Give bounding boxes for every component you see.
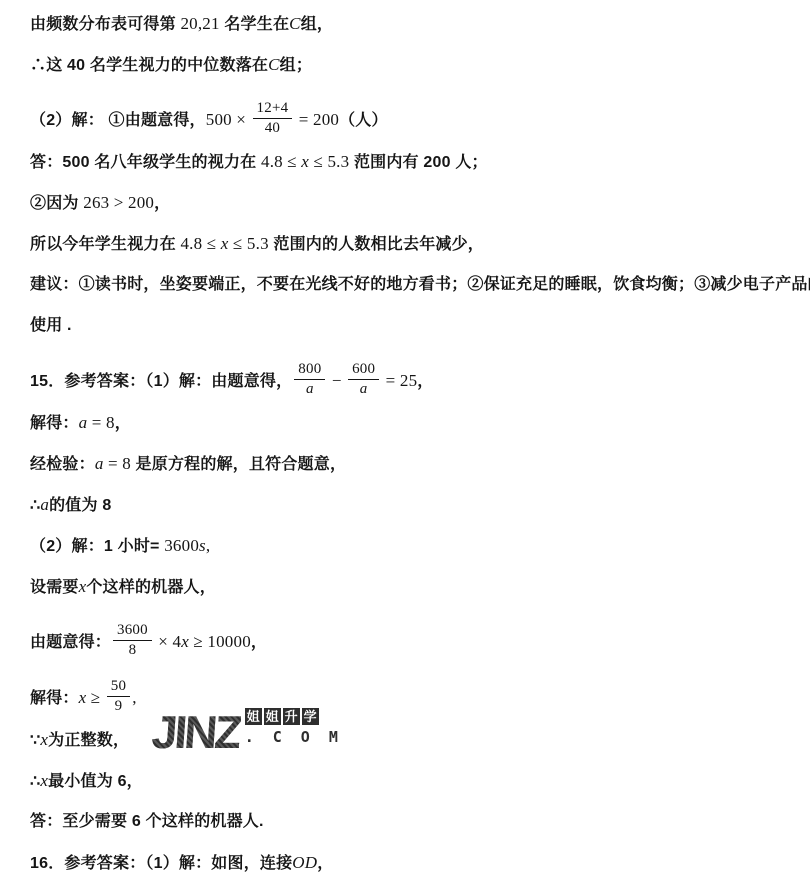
text-line-2: ∴这 40 名学生视力的中位数落在C组； bbox=[30, 55, 786, 75]
text-line-19: 答：至少需要 6 个这样的机器人. bbox=[30, 812, 786, 832]
text-line-18: ∴x最小值为 6， bbox=[30, 771, 786, 791]
document-page: 由频数分布表可得第 20,21 名学生在C组，∴这 40 名学生视力的中位数落在… bbox=[0, 0, 810, 896]
watermark-logo-text: JINZ bbox=[151, 712, 242, 753]
text-line-7: 建议：①读书时，坐姿要端正，不要在光线不好的地方看书；②保证充足的睡眠，饮食均衡… bbox=[30, 275, 786, 295]
text-run: （2）解： ①由题意得， bbox=[30, 112, 206, 129]
fraction: 509 bbox=[107, 678, 130, 716]
text-line-3: （2）解： ①由题意得，500 × 12+440 = 200（人） bbox=[30, 96, 786, 144]
math-variable: a bbox=[95, 454, 104, 473]
math-variable: x bbox=[40, 730, 48, 749]
watermark-cjk-badge: 姐 bbox=[245, 708, 262, 725]
math-variable: C bbox=[289, 14, 301, 33]
math-variable: a bbox=[40, 495, 49, 514]
text-line-15: 由题意得：36008 × 4x ≥ 10000， bbox=[30, 618, 786, 666]
math-run: 4.8 ≤ bbox=[261, 152, 301, 171]
text-line-9: 15．参考答案：（1）解：由题意得，800a − 600a = 25， bbox=[30, 357, 786, 405]
watermark-cjk-badge: 学 bbox=[302, 708, 319, 725]
watermark-right-block: 姐姐升学 . C O M bbox=[245, 708, 343, 746]
text-line-10: 解得：a = 8， bbox=[30, 413, 786, 433]
text-run: 是原方程的解，且符合题意， bbox=[131, 456, 346, 473]
text-run: 答：至少需要 6 个这样的机器人. bbox=[30, 813, 264, 830]
math-run: ≥ bbox=[86, 688, 104, 707]
text-line-11: 经检验：a = 8 是原方程的解，且符合题意， bbox=[30, 454, 786, 474]
text-run: ∴ bbox=[30, 497, 40, 514]
text-run: ， bbox=[251, 634, 267, 651]
text-line-17: ∵x为正整数， bbox=[30, 730, 786, 750]
text-line-8: 使用 . bbox=[30, 316, 786, 336]
text-line-5: ②因为 263 > 200， bbox=[30, 193, 786, 213]
text-run: ②因为 bbox=[30, 195, 83, 212]
math-run: = 200 bbox=[294, 110, 339, 129]
math-variable: a bbox=[79, 413, 88, 432]
text-run: 范围内有 200 人； bbox=[349, 154, 487, 171]
fraction: 12+440 bbox=[253, 100, 293, 138]
text-line-1: 由频数分布表可得第 20,21 名学生在C组， bbox=[30, 14, 786, 34]
text-run: 建议：①读书时，坐姿要端正，不要在光线不好的地方看书；②保证充足的睡眠，饮食均衡… bbox=[30, 276, 810, 293]
text-run: （人） bbox=[339, 112, 388, 129]
text-run: ， bbox=[417, 373, 433, 390]
math-run: 3600 bbox=[164, 536, 199, 555]
text-run: ∴ bbox=[30, 773, 40, 790]
fraction: 36008 bbox=[113, 622, 152, 660]
math-run: − bbox=[327, 371, 346, 390]
text-run: ， bbox=[317, 855, 333, 872]
math-variable: C bbox=[268, 55, 280, 74]
text-run: 个这样的机器人， bbox=[86, 579, 216, 596]
document-content: 由频数分布表可得第 20,21 名学生在C组，∴这 40 名学生视力的中位数落在… bbox=[30, 14, 786, 873]
math-run: 20,21 bbox=[180, 14, 219, 33]
text-run: 范围内的人数相比去年减少， bbox=[269, 236, 484, 253]
text-run: 组， bbox=[301, 16, 333, 33]
math-run: , bbox=[206, 536, 210, 555]
text-line-13: （2）解：1 小时= 3600s, bbox=[30, 536, 786, 556]
text-run: 的值为 8 bbox=[49, 497, 111, 514]
math-variable: x bbox=[40, 771, 48, 790]
math-run: = 25 bbox=[381, 371, 417, 390]
text-run: （2）解：1 小时= bbox=[30, 538, 164, 555]
text-run: 使用 . bbox=[30, 317, 72, 334]
text-run: 最小值为 6， bbox=[48, 773, 143, 790]
text-run: 所以今年学生视力在 bbox=[30, 236, 180, 253]
math-run: 263 > 200 bbox=[83, 193, 154, 212]
text-run: 经检验： bbox=[30, 456, 95, 473]
watermark: JINZ 姐姐升学 . C O M bbox=[152, 700, 343, 753]
watermark-domain-suffix: . C O M bbox=[245, 728, 343, 746]
math-run: = 8 bbox=[87, 413, 114, 432]
text-line-12: ∴a的值为 8 bbox=[30, 495, 786, 515]
text-run: ∴这 40 名学生视力的中位数落在 bbox=[30, 57, 268, 74]
math-run: , bbox=[132, 688, 136, 707]
text-run: 16．参考答案：（1）解：如图，连接 bbox=[30, 855, 292, 872]
fraction: 600a bbox=[348, 361, 379, 399]
text-run: 解得： bbox=[30, 415, 79, 432]
math-run: 500 × bbox=[206, 110, 251, 129]
text-line-16: 解得：x ≥ 509, bbox=[30, 674, 786, 722]
text-run: ， bbox=[115, 415, 131, 432]
text-run: 设需要 bbox=[30, 579, 79, 596]
math-run: ≥ 10000 bbox=[189, 632, 251, 651]
text-run: 名学生在 bbox=[220, 16, 289, 33]
watermark-cjk-badges: 姐姐升学 bbox=[245, 708, 343, 725]
math-variable: OD bbox=[292, 853, 317, 872]
math-run: × 4 bbox=[154, 632, 181, 651]
math-run: = 8 bbox=[104, 454, 131, 473]
text-run: ∵ bbox=[30, 732, 40, 749]
text-line-4: 答：500 名八年级学生的视力在 4.8 ≤ x ≤ 5.3 范围内有 200 … bbox=[30, 152, 786, 172]
text-run: 组； bbox=[280, 57, 312, 74]
fraction: 800a bbox=[294, 361, 325, 399]
text-run: 为正整数， bbox=[48, 732, 129, 749]
math-variable: x bbox=[181, 632, 189, 651]
watermark-cjk-badge: 升 bbox=[283, 708, 300, 725]
text-line-14: 设需要x个这样的机器人， bbox=[30, 577, 786, 597]
text-line-6: 所以今年学生视力在 4.8 ≤ x ≤ 5.3 范围内的人数相比去年减少， bbox=[30, 234, 786, 254]
text-run: 解得： bbox=[30, 690, 79, 707]
math-run: 4.8 ≤ bbox=[180, 234, 220, 253]
math-variable: s bbox=[199, 536, 206, 555]
text-run: ， bbox=[154, 195, 170, 212]
text-run: 15．参考答案：（1）解：由题意得， bbox=[30, 373, 292, 390]
text-line-20: 16．参考答案：（1）解：如图，连接OD， bbox=[30, 853, 786, 873]
text-run: 答：500 名八年级学生的视力在 bbox=[30, 154, 261, 171]
math-variable: x bbox=[301, 152, 309, 171]
text-run: 由频数分布表可得第 bbox=[30, 16, 180, 33]
text-run: 由题意得： bbox=[30, 634, 111, 651]
math-run: ≤ 5.3 bbox=[309, 152, 349, 171]
math-run: ≤ 5.3 bbox=[228, 234, 268, 253]
watermark-cjk-badge: 姐 bbox=[264, 708, 281, 725]
